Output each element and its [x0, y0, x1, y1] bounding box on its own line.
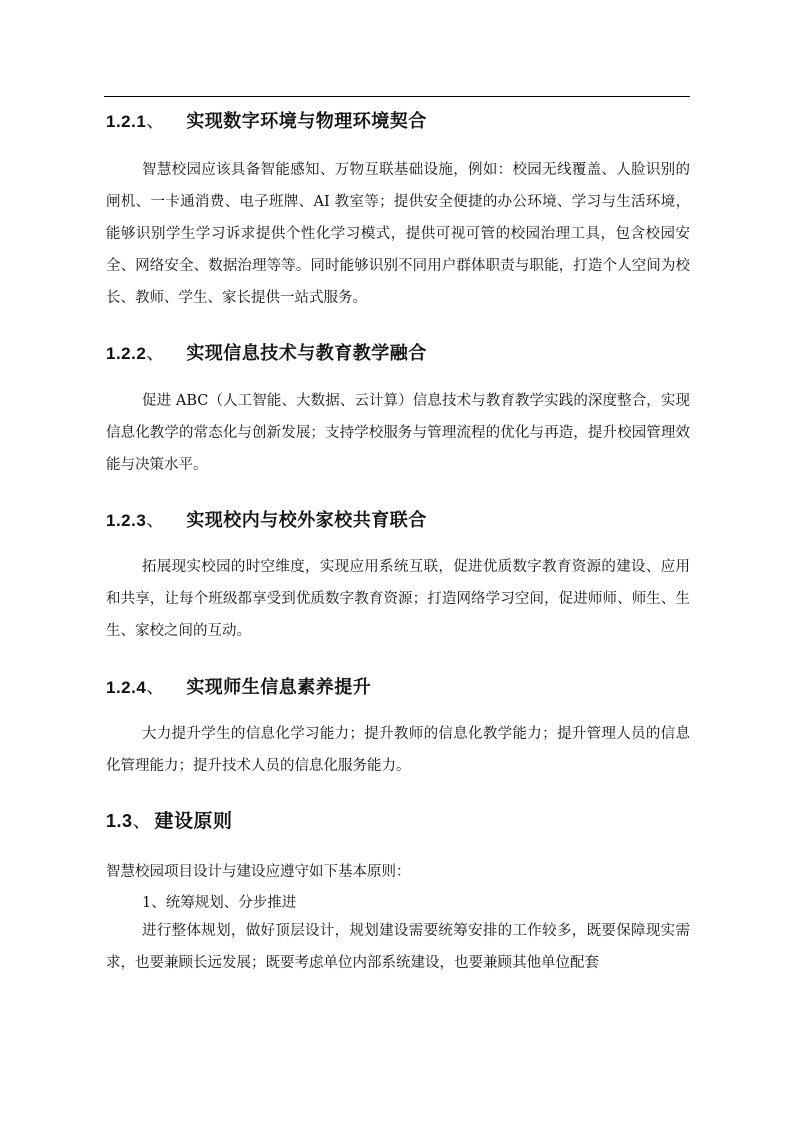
heading-title: 实现校内与校外家校共育联合: [186, 510, 427, 531]
heading-1-2-2: 1.2.2、实现信息技术与教育教学融合: [106, 339, 427, 365]
heading-1-2-1: 1.2.1、实现数字环境与物理环境契合: [106, 107, 427, 133]
paragraph-1-2-4: 大力提升学生的信息化学习能力；提升教师的信息化教学能力；提升管理人员的信息化管理…: [106, 718, 690, 782]
heading-number: 1.2.2: [106, 344, 146, 363]
heading-number: 1.3: [106, 811, 133, 831]
heading-separator: 、: [146, 107, 186, 133]
heading-separator: 、: [146, 339, 186, 365]
heading-title: 建设原则: [155, 810, 233, 832]
heading-separator: 、: [133, 806, 155, 833]
heading-number: 1.2.4: [106, 678, 146, 697]
heading-1-2-4: 1.2.4、实现师生信息素养提升: [106, 673, 371, 699]
heading-title: 实现信息技术与教育教学融合: [186, 343, 427, 364]
heading-separator: 、: [146, 673, 186, 699]
paragraph-1-2-1: 智慧校园应该具备智能感知、万物互联基础设施，例如：校园无线覆盖、人脸识别的闸机、…: [106, 154, 690, 314]
principle-1-title: 1、统筹规划、分步推进: [142, 891, 296, 912]
paragraph-1-2-3: 拓展现实校园的时空维度，实现应用系统互联，促进优质数字教育资源的建设、应用和共享…: [106, 551, 690, 647]
header-rule: [104, 96, 690, 97]
heading-separator: 、: [146, 506, 186, 532]
heading-1-3: 1.3、建设原则: [106, 806, 233, 833]
heading-1-2-3: 1.2.3、实现校内与校外家校共育联合: [106, 506, 427, 532]
heading-number: 1.2.3: [106, 511, 146, 530]
heading-title: 实现师生信息素养提升: [186, 677, 371, 698]
heading-number: 1.2.1: [106, 112, 146, 131]
principle-1-body: 进行整体规划，做好顶层设计，规划建设需要统筹安排的工作较多，既要保障现实需求，也…: [106, 915, 690, 979]
paragraph-1-2-2: 促进 ABC（人工智能、大数据、云计算）信息技术与教育教学实践的深度整合，实现信…: [106, 385, 690, 481]
heading-title: 实现数字环境与物理环境契合: [186, 111, 427, 132]
principles-intro: 智慧校园项目设计与建设应遵守如下基本原则：: [106, 860, 411, 881]
